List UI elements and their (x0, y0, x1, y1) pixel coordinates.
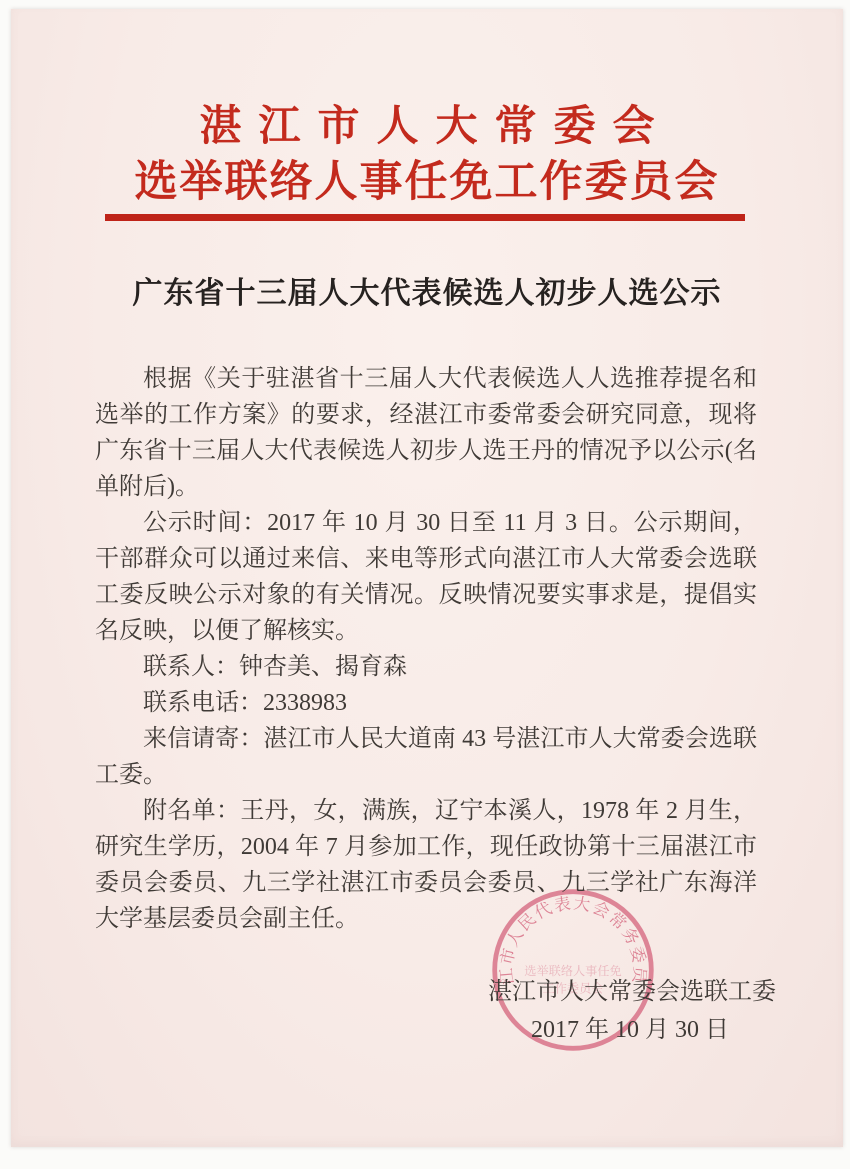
paper-sheet: 湛江市人大常委会 选举联络人事任免工作委员会 广东省十三届人大代表候选人初步人选… (11, 9, 843, 1147)
announcement-body: 根据《关于驻湛省十三届人大代表候选人人选推荐提名和选举的工作方案》的要求，经湛江… (95, 361, 757, 937)
scanned-page-background: 湛江市人大常委会 选举联络人事任免工作委员会 广东省十三届人大代表候选人初步人选… (0, 0, 850, 1169)
paragraph-candidate-profile: 附名单：王丹，女，满族，辽宁本溪人，1978 年 2 月生，研究生学历，2004… (95, 793, 757, 937)
paragraph-publicity-period: 公示时间：2017 年 10 月 30 日至 11 月 3 日。公示期间，干部群… (95, 505, 757, 649)
letterhead-line-1: 湛江市人大常委会 (11, 106, 843, 148)
paragraph-basis: 根据《关于驻湛省十三届人大代表候选人人选推荐提名和选举的工作方案》的要求，经湛江… (95, 361, 757, 505)
signature-block: 湛江市人大常委会选联工委 2017 年 10 月 30 日 (11, 973, 843, 1049)
signature-date: 2017 年 10 月 30 日 (11, 1011, 843, 1049)
letterhead-divider-rule (105, 214, 745, 221)
paragraph-mailing-address: 来信请寄：湛江市人民大道南 43 号湛江市人大常委会选联工委。 (95, 721, 757, 793)
signature-organization: 湛江市人大常委会选联工委 (11, 973, 843, 1011)
paragraph-contact-person: 联系人：钟杏美、揭育森 (95, 649, 757, 685)
paragraph-contact-phone: 联系电话：2338983 (95, 685, 757, 721)
document-title: 广东省十三届人大代表候选人初步人选公示 (11, 276, 843, 312)
letterhead: 湛江市人大常委会 选举联络人事任免工作委员会 (11, 9, 843, 204)
letterhead-line-2: 选举联络人事任免工作委员会 (11, 161, 843, 204)
